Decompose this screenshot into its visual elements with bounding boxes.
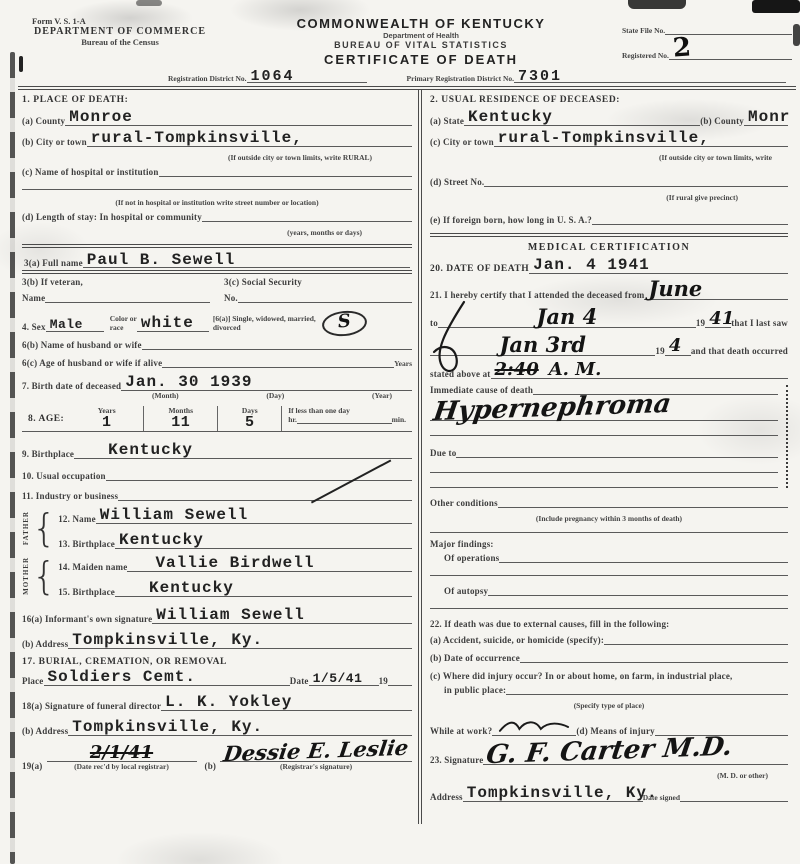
- where-note-row: (Specify type of place): [430, 695, 788, 713]
- death-certificate-document: Form V. S. 1-A DEPARTMENT OF COMMERCE Bu…: [18, 4, 796, 862]
- certify-to-label: to: [430, 318, 438, 328]
- certify-lastsaw-value: Jan 3rd: [499, 336, 585, 355]
- spouse-name-row: 6(b) Name of husband or wife: [22, 340, 412, 350]
- physician-address-row: Address Tompkinsville, Ky. Date signed: [430, 785, 788, 802]
- pod-city-value: rural-Tompkinsville,: [91, 130, 303, 146]
- residence-street-note-row: (If rural give precinct): [430, 187, 788, 205]
- physician-signature-label: 23. Signature: [430, 755, 483, 765]
- funeral-director-address-row: (b) Address Tompkinsville, Ky.: [22, 719, 412, 736]
- mother-birthplace-label: 15. Birthplace: [58, 587, 115, 597]
- ssn-label: 3(c) Social Security: [224, 277, 412, 287]
- file-number-block: State File No. Registered No. 2: [622, 16, 792, 67]
- autopsy-blank-line: [430, 608, 788, 609]
- spouse-age-blank: [162, 367, 394, 368]
- registrar-date-line: 2/1/41: [47, 745, 197, 762]
- certify-block: 21. I hereby certify that I attended the…: [430, 274, 788, 379]
- due-to-label: Due to: [430, 448, 456, 458]
- certify-yr1-line: 41: [705, 311, 731, 328]
- agency-name: DEPARTMENT OF COMMERCE: [20, 26, 220, 37]
- age-row: 8. AGE: Years 1 Months 11 Days 5 If less…: [22, 406, 412, 432]
- other-conditions-note-row: (Include pregnancy within 3 months of de…: [430, 508, 788, 526]
- residence-street-label: (d) Street No.: [430, 177, 484, 187]
- other-conditions-row: Other conditions: [430, 498, 788, 508]
- physician-signature-line: G. F. Carter M.D.: [483, 740, 788, 764]
- registrar-signature-value: Dessie E. Leslie: [222, 739, 409, 764]
- mother-side-label: MOTHER: [22, 557, 30, 595]
- father-birthplace-value: Kentucky: [119, 532, 204, 548]
- pod-stay-note: (years, months or days): [287, 228, 362, 237]
- certify-from-line: June: [644, 280, 788, 300]
- year-note: (Year): [372, 391, 392, 400]
- spouse-age-row: 6(c) Age of husband or wife if alive Yea…: [22, 358, 412, 368]
- ssn-no-label: No.: [224, 293, 238, 303]
- registration-district-no: 1064: [251, 69, 295, 84]
- operations-blank-line: [430, 575, 788, 576]
- mother-birthplace-value: Kentucky: [149, 580, 234, 596]
- full-name-value: Paul B. Sewell: [87, 252, 235, 268]
- where-note: (Specify type of place): [574, 701, 645, 710]
- registered-no-label: Registered No.: [622, 51, 669, 60]
- certify-label: 21. I hereby certify that I attended the…: [430, 290, 644, 300]
- pod-hospital-row: (c) Name of hospital or institution: [22, 167, 412, 177]
- father-birthplace-row: 13. Birthplace Kentucky: [58, 532, 412, 549]
- pod-hospital-blank2: [22, 189, 412, 190]
- certificate-header: Form V. S. 1-A DEPARTMENT OF COMMERCE Bu…: [18, 4, 796, 67]
- date-signed-label: Date signed: [643, 793, 680, 802]
- primary-district-label: Primary Registration District No.: [407, 74, 514, 83]
- birthdate-row: 7. Birth date of deceased Jan. 30 1939: [22, 374, 412, 391]
- certify-time-value: A. M.: [549, 362, 602, 378]
- birthplace-value: Kentucky: [108, 442, 193, 458]
- department-of-health: Department of Health: [220, 31, 622, 40]
- birthdate-label: 7. Birth date of deceased: [22, 381, 121, 391]
- primary-district-no: 7301: [518, 69, 562, 84]
- physician-signature-value: G. F. Carter M.D.: [485, 736, 734, 768]
- spouse-age-label: 6(c) Age of husband or wife if alive: [22, 358, 162, 368]
- right-column: 2. USUAL RESIDENCE OF DECEASED: (a) Stat…: [422, 90, 796, 824]
- age-months-cell: Months 11: [144, 406, 218, 431]
- burial-date-value: 1/5/41: [313, 672, 363, 685]
- sex-line: Male: [46, 318, 104, 332]
- certify-yr2-value: 4: [669, 338, 682, 354]
- cause-value-line: Hypernephroma: [430, 397, 778, 421]
- occurrence-label: (b) Date of occurrence: [430, 653, 520, 663]
- residence-county-label: (b) County: [700, 116, 744, 126]
- birthplace-label: 9. Birthplace: [22, 449, 74, 459]
- registered-no-value: 2: [672, 37, 692, 59]
- informant-signature-label: 16(a) Informant's own signature: [22, 614, 152, 624]
- occupation-label: 10. Usual occupation: [22, 471, 106, 481]
- mother-name-value: Vallie Birdwell: [155, 555, 314, 571]
- race-value: white: [141, 315, 194, 331]
- father-name-label: 12. Name: [58, 514, 96, 524]
- autopsy-row: Of autopsy: [430, 586, 788, 596]
- mother-brace: {: [32, 559, 56, 593]
- certify-time-line: 2:40 A. M.: [491, 362, 789, 379]
- informant-signature-row: 16(a) Informant's own signature William …: [22, 607, 412, 624]
- occurrence-row: (b) Date of occurrence: [430, 653, 788, 663]
- birthdate-value: Jan. 30 1939: [125, 374, 252, 390]
- physician-address-label: Address: [430, 792, 463, 802]
- pod-county-label: (a) County: [22, 116, 65, 126]
- certify-line-3: Jan 3rd 19 4 and that death occurred: [430, 336, 788, 356]
- residence-state-label: (a) State: [430, 116, 464, 126]
- form-number: Form V. S. 1-A: [20, 16, 220, 26]
- occupation-blank: [106, 480, 412, 481]
- burial-year-prefix: 19: [379, 676, 388, 686]
- due-blank-line-1: [430, 472, 778, 473]
- bureau-of-vital-statistics: BUREAU OF VITAL STATISTICS: [220, 40, 622, 50]
- pod-hospital-blank: [159, 176, 412, 177]
- mother-section: MOTHER { 14. Maiden name Vallie Birdwell…: [22, 555, 412, 597]
- father-name-row: 12. Name William Sewell: [58, 507, 412, 524]
- funeral-director-signature-row: 18(a) Signature of funeral director L. K…: [22, 694, 412, 711]
- burial-year-blank: [388, 685, 412, 686]
- age-months-value: 11: [150, 415, 211, 430]
- day-note: (Day): [266, 391, 284, 400]
- certify-line-4: stated above at 2:40 A. M.: [430, 362, 788, 379]
- veteran-block: 3(b) If veteran, Name: [22, 277, 210, 303]
- residence-heading: 2. USUAL RESIDENCE OF DECEASED:: [430, 95, 788, 105]
- full-name-line: Paul B. Sewell: [83, 252, 410, 268]
- informant-signature-line: William Sewell: [152, 607, 412, 624]
- father-birthplace-line: Kentucky: [115, 532, 412, 549]
- major-findings-label: Major findings:: [430, 539, 788, 549]
- residence-state-line: Kentucky: [464, 109, 700, 126]
- sex-label: 4. Sex: [22, 322, 46, 332]
- age-min-label: min.: [392, 415, 406, 424]
- funeral-director-line: L. K. Yokley: [161, 694, 412, 711]
- physician-signature-note: (M. D. or other): [717, 771, 768, 780]
- father-name-value: William Sewell: [100, 507, 248, 523]
- pod-county-line: Monroe: [65, 109, 412, 126]
- full-name-label: 3(a) Full name: [24, 258, 83, 268]
- residence-city-line: rural-Tompkinsville,: [494, 130, 788, 147]
- certify-lastsaw-label: that I last saw: [731, 318, 788, 328]
- pod-city-note-row: (If outside city or town limits, write R…: [22, 147, 412, 165]
- age-less-label: If less than one day: [288, 406, 406, 415]
- marital-value: S: [336, 310, 351, 332]
- funeral-director-value: L. K. Yokley: [165, 694, 292, 710]
- pod-city-row: (b) City or town rural-Tompkinsville,: [22, 130, 412, 147]
- veteran-ssn-row: 3(b) If veteran, Name 3(c) Social Securi…: [22, 270, 412, 303]
- accident-blank: [604, 644, 788, 645]
- month-note: (Month): [152, 391, 179, 400]
- work-means-row: While at work? (d) Means of injury: [430, 717, 788, 736]
- birthdate-notes-row: (Month) (Day) (Year): [22, 391, 412, 400]
- date-of-death-row: 20. DATE OF DEATH Jan. 4 1941: [430, 257, 788, 274]
- marital-options-2: divorced: [213, 323, 316, 332]
- accident-label: (a) Accident, suicide, or homicide (spec…: [430, 635, 604, 645]
- physician-signature-row: 23. Signature G. F. Carter M.D.: [430, 740, 788, 764]
- operations-label: Of operations: [444, 553, 499, 563]
- registrar-row: 19(a) 2/1/41 (Date rec'd by local regist…: [22, 742, 412, 771]
- informant-address-label: (b) Address: [22, 639, 68, 649]
- registered-no-line: 2: [669, 38, 792, 60]
- informant-address-line: Tompkinsville, Ky.: [68, 632, 412, 649]
- industry-row: 11. Industry or business: [22, 491, 412, 501]
- public-place-label: in public place:: [444, 685, 506, 695]
- father-side-label: FATHER: [22, 511, 30, 545]
- residence-foreign-label: (e) If foreign born, how long in U. S. A…: [430, 215, 592, 225]
- marital-options-1: [6(a)] Single, widowed, married,: [213, 314, 316, 323]
- due-to-blank: [456, 457, 778, 458]
- certificate-of-death-title: CERTIFICATE OF DEATH: [220, 52, 622, 67]
- registrar-date-value: 2/1/41: [90, 745, 153, 761]
- other-conditions-note: (Include pregnancy within 3 months of de…: [536, 514, 682, 523]
- external-causes-label: 22. If death was due to external causes,…: [430, 619, 788, 629]
- race-label-block: Color or race: [110, 314, 137, 332]
- pod-hospital-note-row: (If not in hospital or institution write…: [22, 192, 412, 210]
- residence-county-value: Monr: [748, 109, 790, 125]
- burial-date-line: 1/5/41: [309, 672, 379, 686]
- informant-address-value: Tompkinsville, Ky.: [72, 632, 263, 648]
- pod-city-note: (If outside city or town limits, write R…: [228, 153, 372, 162]
- registrar-date-block: 2/1/41 (Date rec'd by local registrar): [47, 745, 197, 771]
- age-hr-blank: [297, 423, 392, 424]
- age-days-cell: Days 5: [218, 406, 282, 431]
- residence-city-note: (If outside city or town limits, write: [659, 153, 772, 162]
- informant-address-row: (b) Address Tompkinsville, Ky.: [22, 632, 412, 649]
- certify-line-2: to Jan 4 19 41 that I last saw: [430, 308, 788, 328]
- public-place-row: in public place:: [430, 685, 788, 695]
- birthplace-row: 9. Birthplace Kentucky: [22, 442, 412, 459]
- industry-blank: [118, 500, 412, 501]
- residence-county-line: Monr: [744, 109, 788, 126]
- certify-yr2-line: 4: [665, 338, 691, 355]
- occurrence-blank: [520, 662, 788, 663]
- race-label-1: Color or: [110, 314, 137, 323]
- certificate-title-block: COMMONWEALTH OF KENTUCKY Department of H…: [220, 16, 622, 67]
- pod-city-label: (b) City or town: [22, 137, 87, 147]
- spouse-name-label: 6(b) Name of husband or wife: [22, 340, 142, 350]
- age-hr-label: hr.: [288, 415, 297, 424]
- certify-stated-label: stated above at: [430, 369, 491, 379]
- residence-state-row: (a) State Kentucky (b) County Monr: [430, 109, 788, 126]
- certificate-body: 1. PLACE OF DEATH: (a) County Monroe (b)…: [18, 86, 796, 824]
- autopsy-label: Of autopsy: [444, 586, 488, 596]
- funeral-director-address-value: Tompkinsville, Ky.: [72, 719, 263, 735]
- burial-place-label: Place: [22, 676, 44, 686]
- residence-city-row: (c) City or town rural-Tompkinsville,: [430, 130, 788, 147]
- certify-from-value: June: [648, 280, 702, 299]
- father-brace: {: [32, 511, 56, 545]
- due-blank-line-2: [430, 487, 778, 488]
- residence-city-value: rural-Tompkinsville,: [498, 130, 710, 146]
- commonwealth-title: COMMONWEALTH OF KENTUCKY: [220, 16, 622, 31]
- registration-district-line: 1064: [247, 69, 367, 83]
- registrar-date-note: (Date rec'd by local registrar): [47, 762, 197, 771]
- residence-city-note-row: (If outside city or town limits, write: [430, 147, 788, 165]
- funeral-director-address-label: (b) Address: [22, 726, 68, 736]
- certify-yr1-label: 19: [696, 318, 705, 328]
- state-file-no-label: State File No.: [622, 26, 665, 35]
- place-of-death-heading: 1. PLACE OF DEATH:: [22, 95, 412, 105]
- pod-stay-label: (d) Length of stay: In hospital or commu…: [22, 212, 202, 222]
- due-to-row: Due to: [430, 448, 778, 458]
- primary-district-line: 7301: [514, 69, 786, 83]
- physician-address-line: Tompkinsville, Ky.: [463, 785, 643, 802]
- residence-state-value: Kentucky: [468, 109, 553, 125]
- burial-date-label: Date: [290, 676, 309, 686]
- marital-circled-entry: S: [321, 309, 368, 339]
- date-of-death-line: Jan. 4 1941: [529, 257, 788, 274]
- certify-line-1: 21. I hereby certify that I attended the…: [430, 280, 788, 300]
- registrar-signature-block: Dessie E. Leslie (Registrar's signature): [220, 742, 412, 771]
- registrar-b-label: (b): [205, 761, 217, 771]
- informant-signature-value: William Sewell: [156, 607, 304, 623]
- cause-value-row: Hypernephroma: [430, 397, 778, 421]
- other-conditions-label: Other conditions: [430, 498, 498, 508]
- mother-name-line: Vallie Birdwell: [127, 555, 412, 572]
- date-of-death-label: 20. DATE OF DEATH: [430, 264, 529, 274]
- pod-county-value: Monroe: [69, 109, 133, 125]
- residence-street-row: (d) Street No.: [430, 177, 788, 187]
- agency-subname: Bureau of the Census: [20, 37, 220, 47]
- pod-hospital-label: (c) Name of hospital or institution: [22, 167, 159, 177]
- residence-city-label: (c) City or town: [430, 137, 494, 147]
- cause-value: Hypernephroma: [432, 393, 673, 425]
- race-line: white: [137, 315, 209, 332]
- certify-occurred-label: and that death occurred: [691, 346, 788, 356]
- veteran-name-label: Name: [22, 293, 45, 303]
- accident-row: (a) Accident, suicide, or homicide (spec…: [430, 635, 788, 645]
- sex-value: Male: [50, 318, 83, 331]
- registrar-num-label: 19(a): [22, 761, 43, 771]
- registration-district-label: Registration District No.: [168, 74, 247, 83]
- pod-county-row: (a) County Monroe: [22, 109, 412, 126]
- marital-label-block: [6(a)] Single, widowed, married, divorce…: [213, 314, 316, 332]
- birthplace-line: Kentucky: [74, 442, 412, 459]
- issuing-agency-block: Form V. S. 1-A DEPARTMENT OF COMMERCE Bu…: [20, 16, 220, 67]
- funeral-director-address-line: Tompkinsville, Ky.: [68, 719, 412, 736]
- operations-row: Of operations: [430, 553, 788, 563]
- registrar-signature-line: Dessie E. Leslie: [220, 742, 412, 762]
- certify-yr2-label: 19: [655, 346, 664, 356]
- father-section: FATHER { 12. Name William Sewell 13. Bir…: [22, 507, 412, 549]
- other-blank-line: [430, 532, 788, 533]
- certify-to-line: Jan 4: [438, 308, 696, 328]
- physician-address-value: Tompkinsville, Ky.: [467, 785, 658, 801]
- father-birthplace-label: 13. Birthplace: [58, 539, 115, 549]
- residence-foreign-blank: [592, 224, 788, 225]
- burial-place-line: Soldiers Cemt.: [44, 669, 290, 686]
- autopsy-blank: [488, 595, 788, 596]
- ssn-block: 3(c) Social Security No.: [210, 277, 412, 303]
- mother-birthplace-row: 15. Birthplace Kentucky: [58, 580, 412, 597]
- registration-district-row: Registration District No. 1064 Primary R…: [18, 67, 796, 86]
- pod-stay-note-row: (years, months or days): [22, 222, 412, 240]
- mother-name-label: 14. Maiden name: [58, 562, 127, 572]
- cause-of-death-block: Immediate cause of death Hypernephroma D…: [430, 385, 788, 488]
- age-heading-cell: 8. AGE:: [22, 406, 70, 431]
- age-years-cell: Years 1: [70, 406, 144, 431]
- pen-scribble: [496, 717, 572, 735]
- birthdate-line: Jan. 30 1939: [121, 374, 412, 391]
- spouse-name-blank: [142, 349, 412, 350]
- father-name-line: William Sewell: [96, 507, 412, 524]
- where-injury-label: (c) Where did injury occur? In or about …: [430, 671, 788, 681]
- age-label: 8. AGE:: [28, 414, 64, 424]
- burial-heading: 17. BURIAL, CREMATION, OR REMOVAL: [22, 657, 412, 667]
- mother-name-row: 14. Maiden name Vallie Birdwell: [58, 555, 412, 572]
- pod-city-line: rural-Tompkinsville,: [87, 130, 412, 147]
- funeral-director-label: 18(a) Signature of funeral director: [22, 701, 161, 711]
- certify-to-value: Jan 4: [537, 308, 598, 327]
- industry-label: 11. Industry or business: [22, 491, 118, 501]
- mother-birthplace-line: Kentucky: [115, 580, 412, 597]
- age-years-value: 1: [76, 415, 137, 430]
- full-name-row: 3(a) Full name Paul B. Sewell: [22, 244, 412, 270]
- race-label-2: race: [110, 323, 137, 332]
- operations-blank: [499, 562, 788, 563]
- cause-blank-line: [430, 435, 778, 436]
- work-label: While at work?: [430, 726, 492, 736]
- left-column: 1. PLACE OF DEATH: (a) County Monroe (b)…: [18, 90, 422, 824]
- age-days-value: 5: [224, 415, 275, 430]
- scan-left-edge-artifact: [10, 52, 15, 864]
- sex-race-marital-row: 4. Sex Male Color or race white [6(a)] S…: [22, 311, 412, 332]
- pod-stay-row: (d) Length of stay: In hospital or commu…: [22, 212, 412, 222]
- date-of-death-value: Jan. 4 1941: [533, 257, 650, 273]
- certify-time-struck: 2:40: [495, 362, 539, 378]
- work-blank: [492, 717, 576, 736]
- ssn-blank: [238, 302, 412, 303]
- occupation-row: 10. Usual occupation: [22, 471, 412, 481]
- date-signed-blank: [680, 801, 788, 802]
- spouse-age-years-suffix: Years: [394, 359, 412, 368]
- veteran-name-blank: [45, 302, 210, 303]
- medical-certification-heading: MEDICAL CERTIFICATION: [430, 233, 788, 253]
- age-less-cell: If less than one day hr. min.: [282, 406, 412, 431]
- certify-lastsaw-line: Jan 3rd: [430, 336, 655, 356]
- residence-street-note: (If rural give precinct): [666, 193, 738, 202]
- veteran-label: 3(b) If veteran,: [22, 277, 210, 287]
- residence-foreign-row: (e) If foreign born, how long in U. S. A…: [430, 215, 788, 225]
- burial-place-value: Soldiers Cemt.: [48, 669, 196, 685]
- pod-hospital-note: (If not in hospital or institution write…: [115, 198, 318, 207]
- burial-place-row: Place Soldiers Cemt. Date 1/5/41 19: [22, 669, 412, 686]
